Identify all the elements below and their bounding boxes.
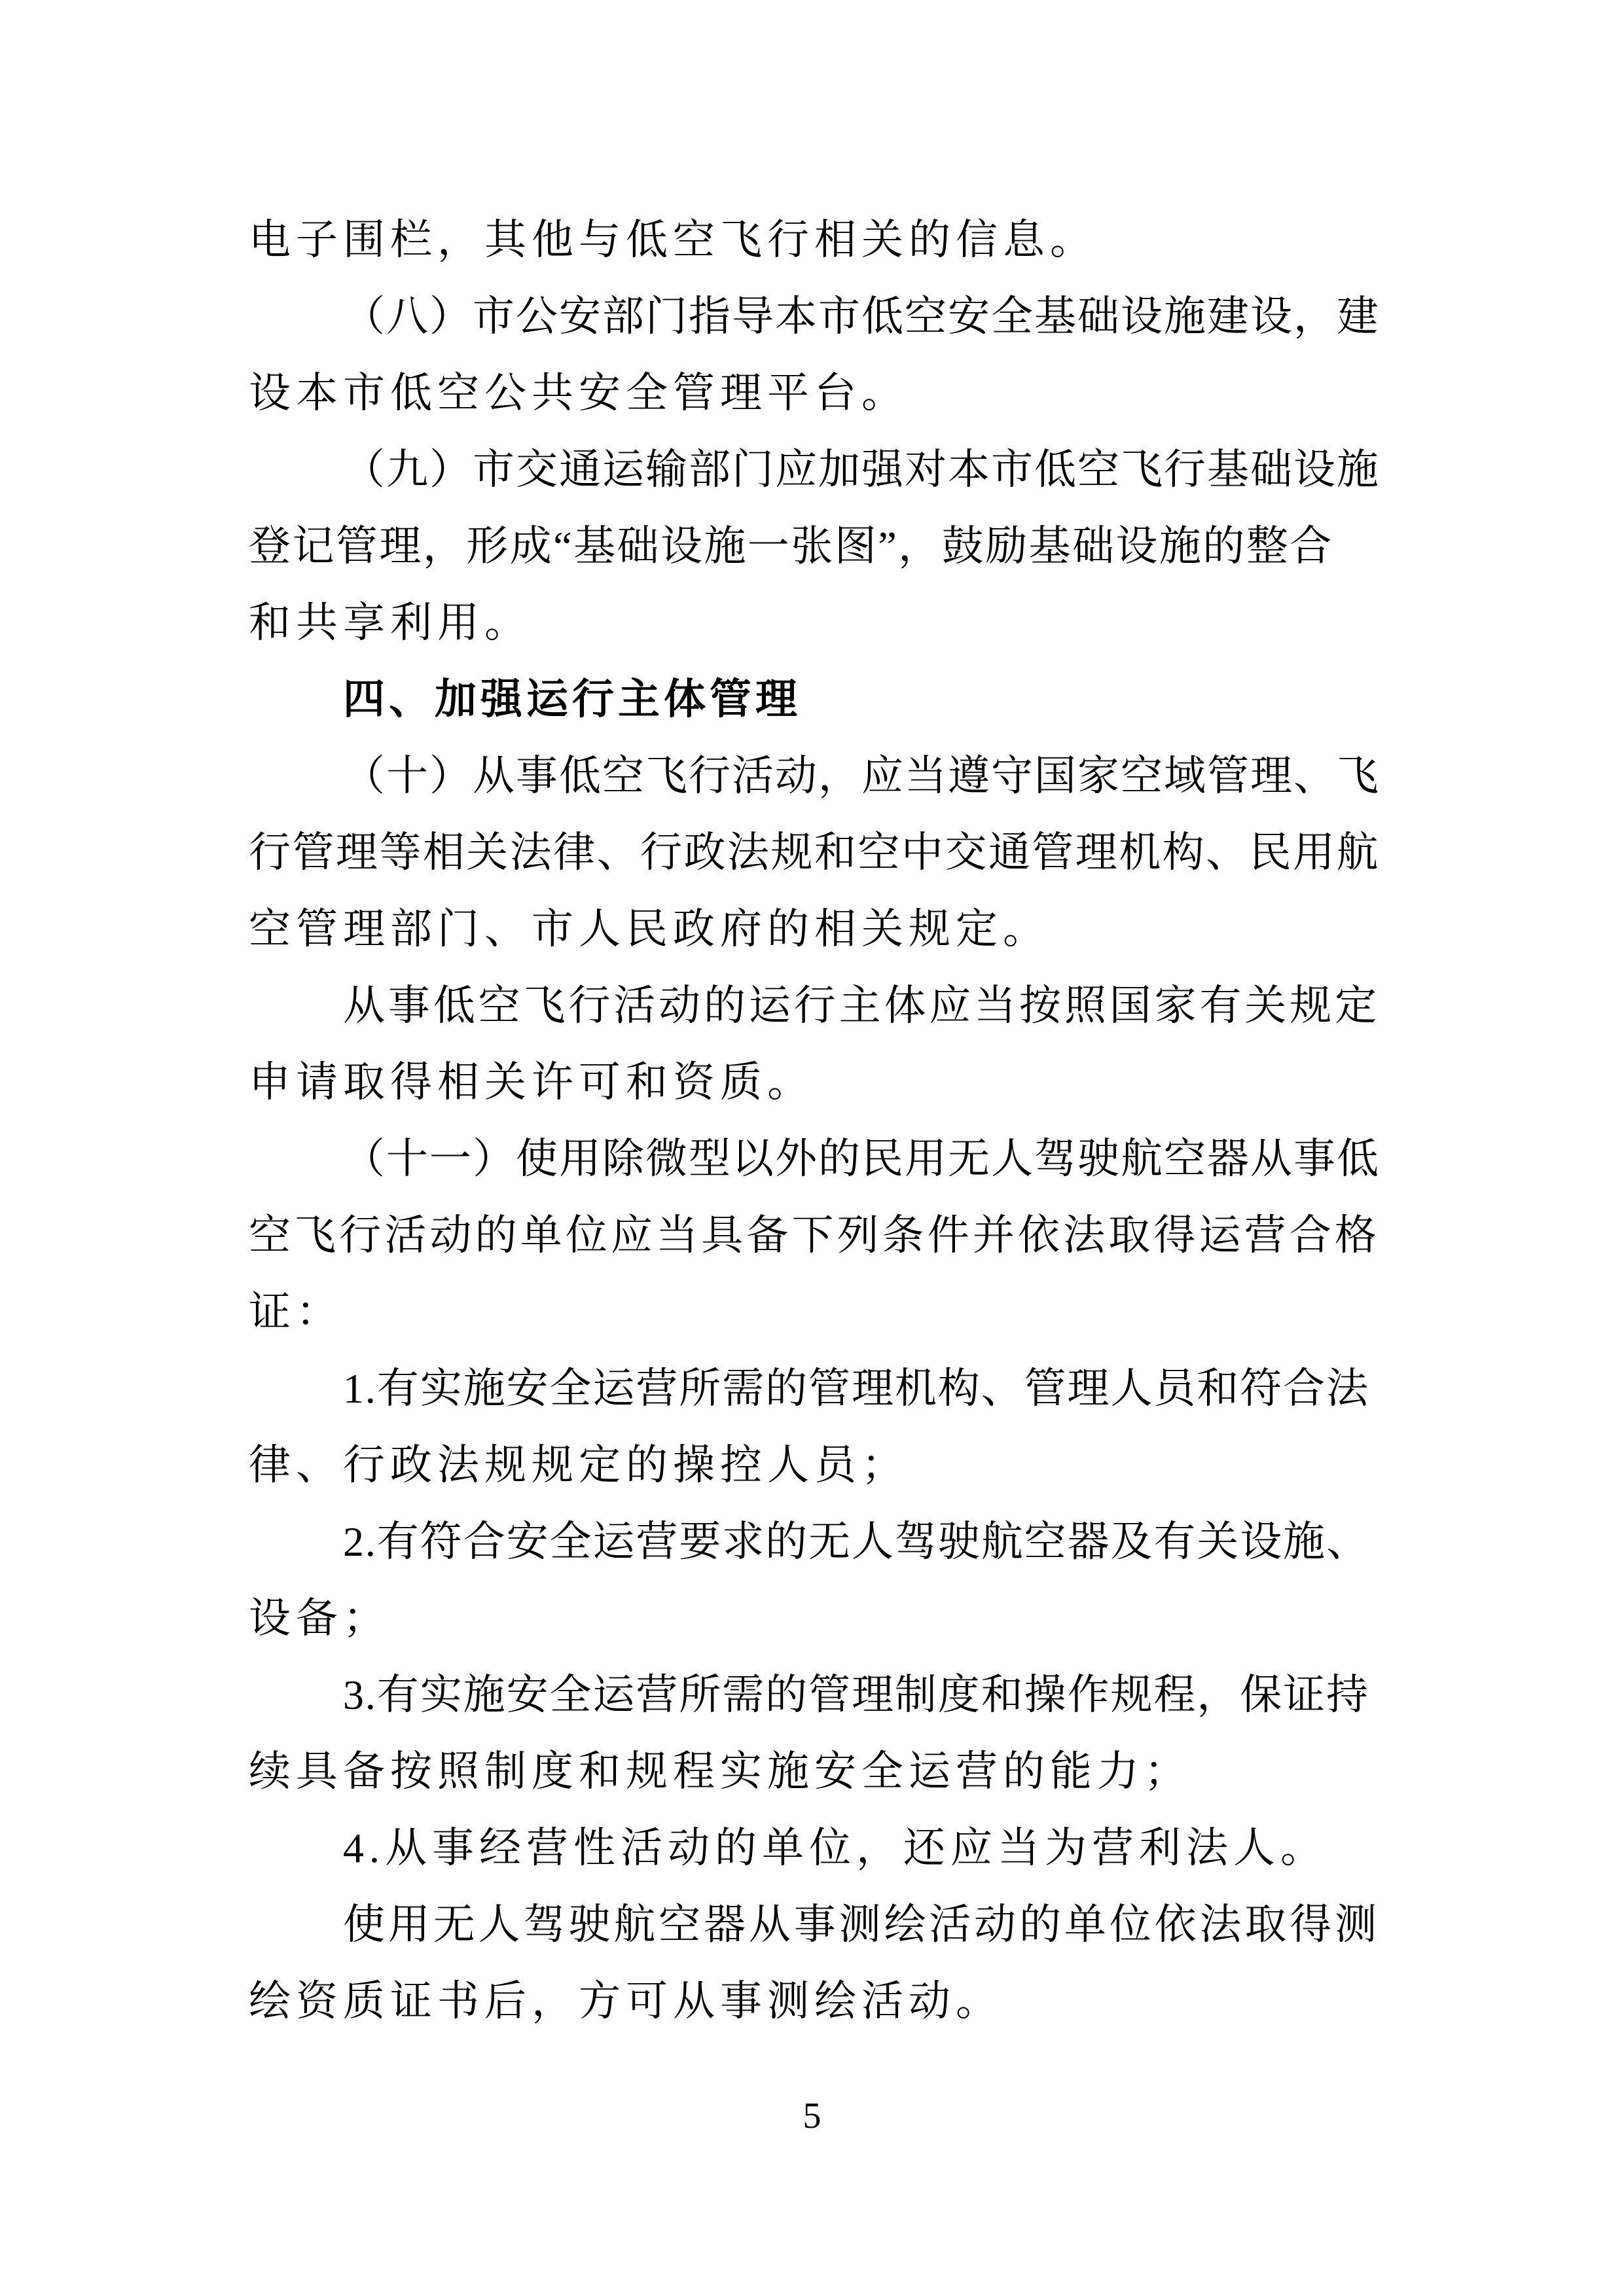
text-line: 3.有实施安全运营所需的管理制度和操作规程，保证持 — [249, 1657, 1380, 1733]
text-line: 绘资质证书后，方可从事测绘活动。 — [249, 1963, 1380, 2039]
text-line: （十一）使用除微型以外的民用无人驾驶航空器从事低 — [249, 1121, 1380, 1197]
text-line: 和共享利用。 — [249, 584, 1380, 661]
section-heading: 四、加强运行主体管理 — [249, 661, 1380, 738]
text-line: 1.有实施安全运营所需的管理机构、管理人员和符合法 — [249, 1350, 1380, 1427]
text-line: 证： — [249, 1274, 1380, 1350]
text-line: 使用无人驾驶航空器从事测绘活动的单位依法取得测 — [249, 1886, 1380, 1963]
text-line: 电子围栏，其他与低空飞行相关的信息。 — [249, 202, 1380, 278]
text-line: 律、行政法规规定的操控人员； — [249, 1427, 1380, 1503]
page-number: 5 — [0, 2093, 1624, 2139]
text-line: 续具备按照制度和规程实施安全运营的能力； — [249, 1733, 1380, 1810]
document-page: 电子围栏，其他与低空飞行相关的信息。 （八）市公安部门指导本市低空安全基础设施建… — [0, 0, 1624, 2296]
text-line: 2.有符合安全运营要求的无人驾驶航空器及有关设施、 — [249, 1503, 1380, 1580]
text-line: 空管理部门、市人民政府的相关规定。 — [249, 891, 1380, 967]
text-line: （八）市公安部门指导本市低空安全基础设施建设，建 — [249, 278, 1380, 355]
text-line: 设本市低空公共安全管理平台。 — [249, 355, 1380, 431]
text-line: 空飞行活动的单位应当具备下列条件并依法取得运营合格 — [249, 1197, 1380, 1274]
text-line: 设备； — [249, 1580, 1380, 1657]
text-line: 4.从事经营性活动的单位，还应当为营利法人。 — [249, 1810, 1380, 1886]
text-line: 登记管理，形成“基础设施一张图”，鼓励基础设施的整合 — [249, 508, 1380, 584]
text-line: （九）市交通运输部门应加强对本市低空飞行基础设施 — [249, 431, 1380, 508]
text-line: 行管理等相关法律、行政法规和空中交通管理机构、民用航 — [249, 814, 1380, 891]
text-line: 从事低空飞行活动的运行主体应当按照国家有关规定 — [249, 967, 1380, 1044]
text-line: （十）从事低空飞行活动，应当遵守国家空域管理、飞 — [249, 738, 1380, 814]
document-body: 电子围栏，其他与低空飞行相关的信息。 （八）市公安部门指导本市低空安全基础设施建… — [249, 202, 1380, 2039]
text-line: 申请取得相关许可和资质。 — [249, 1044, 1380, 1121]
